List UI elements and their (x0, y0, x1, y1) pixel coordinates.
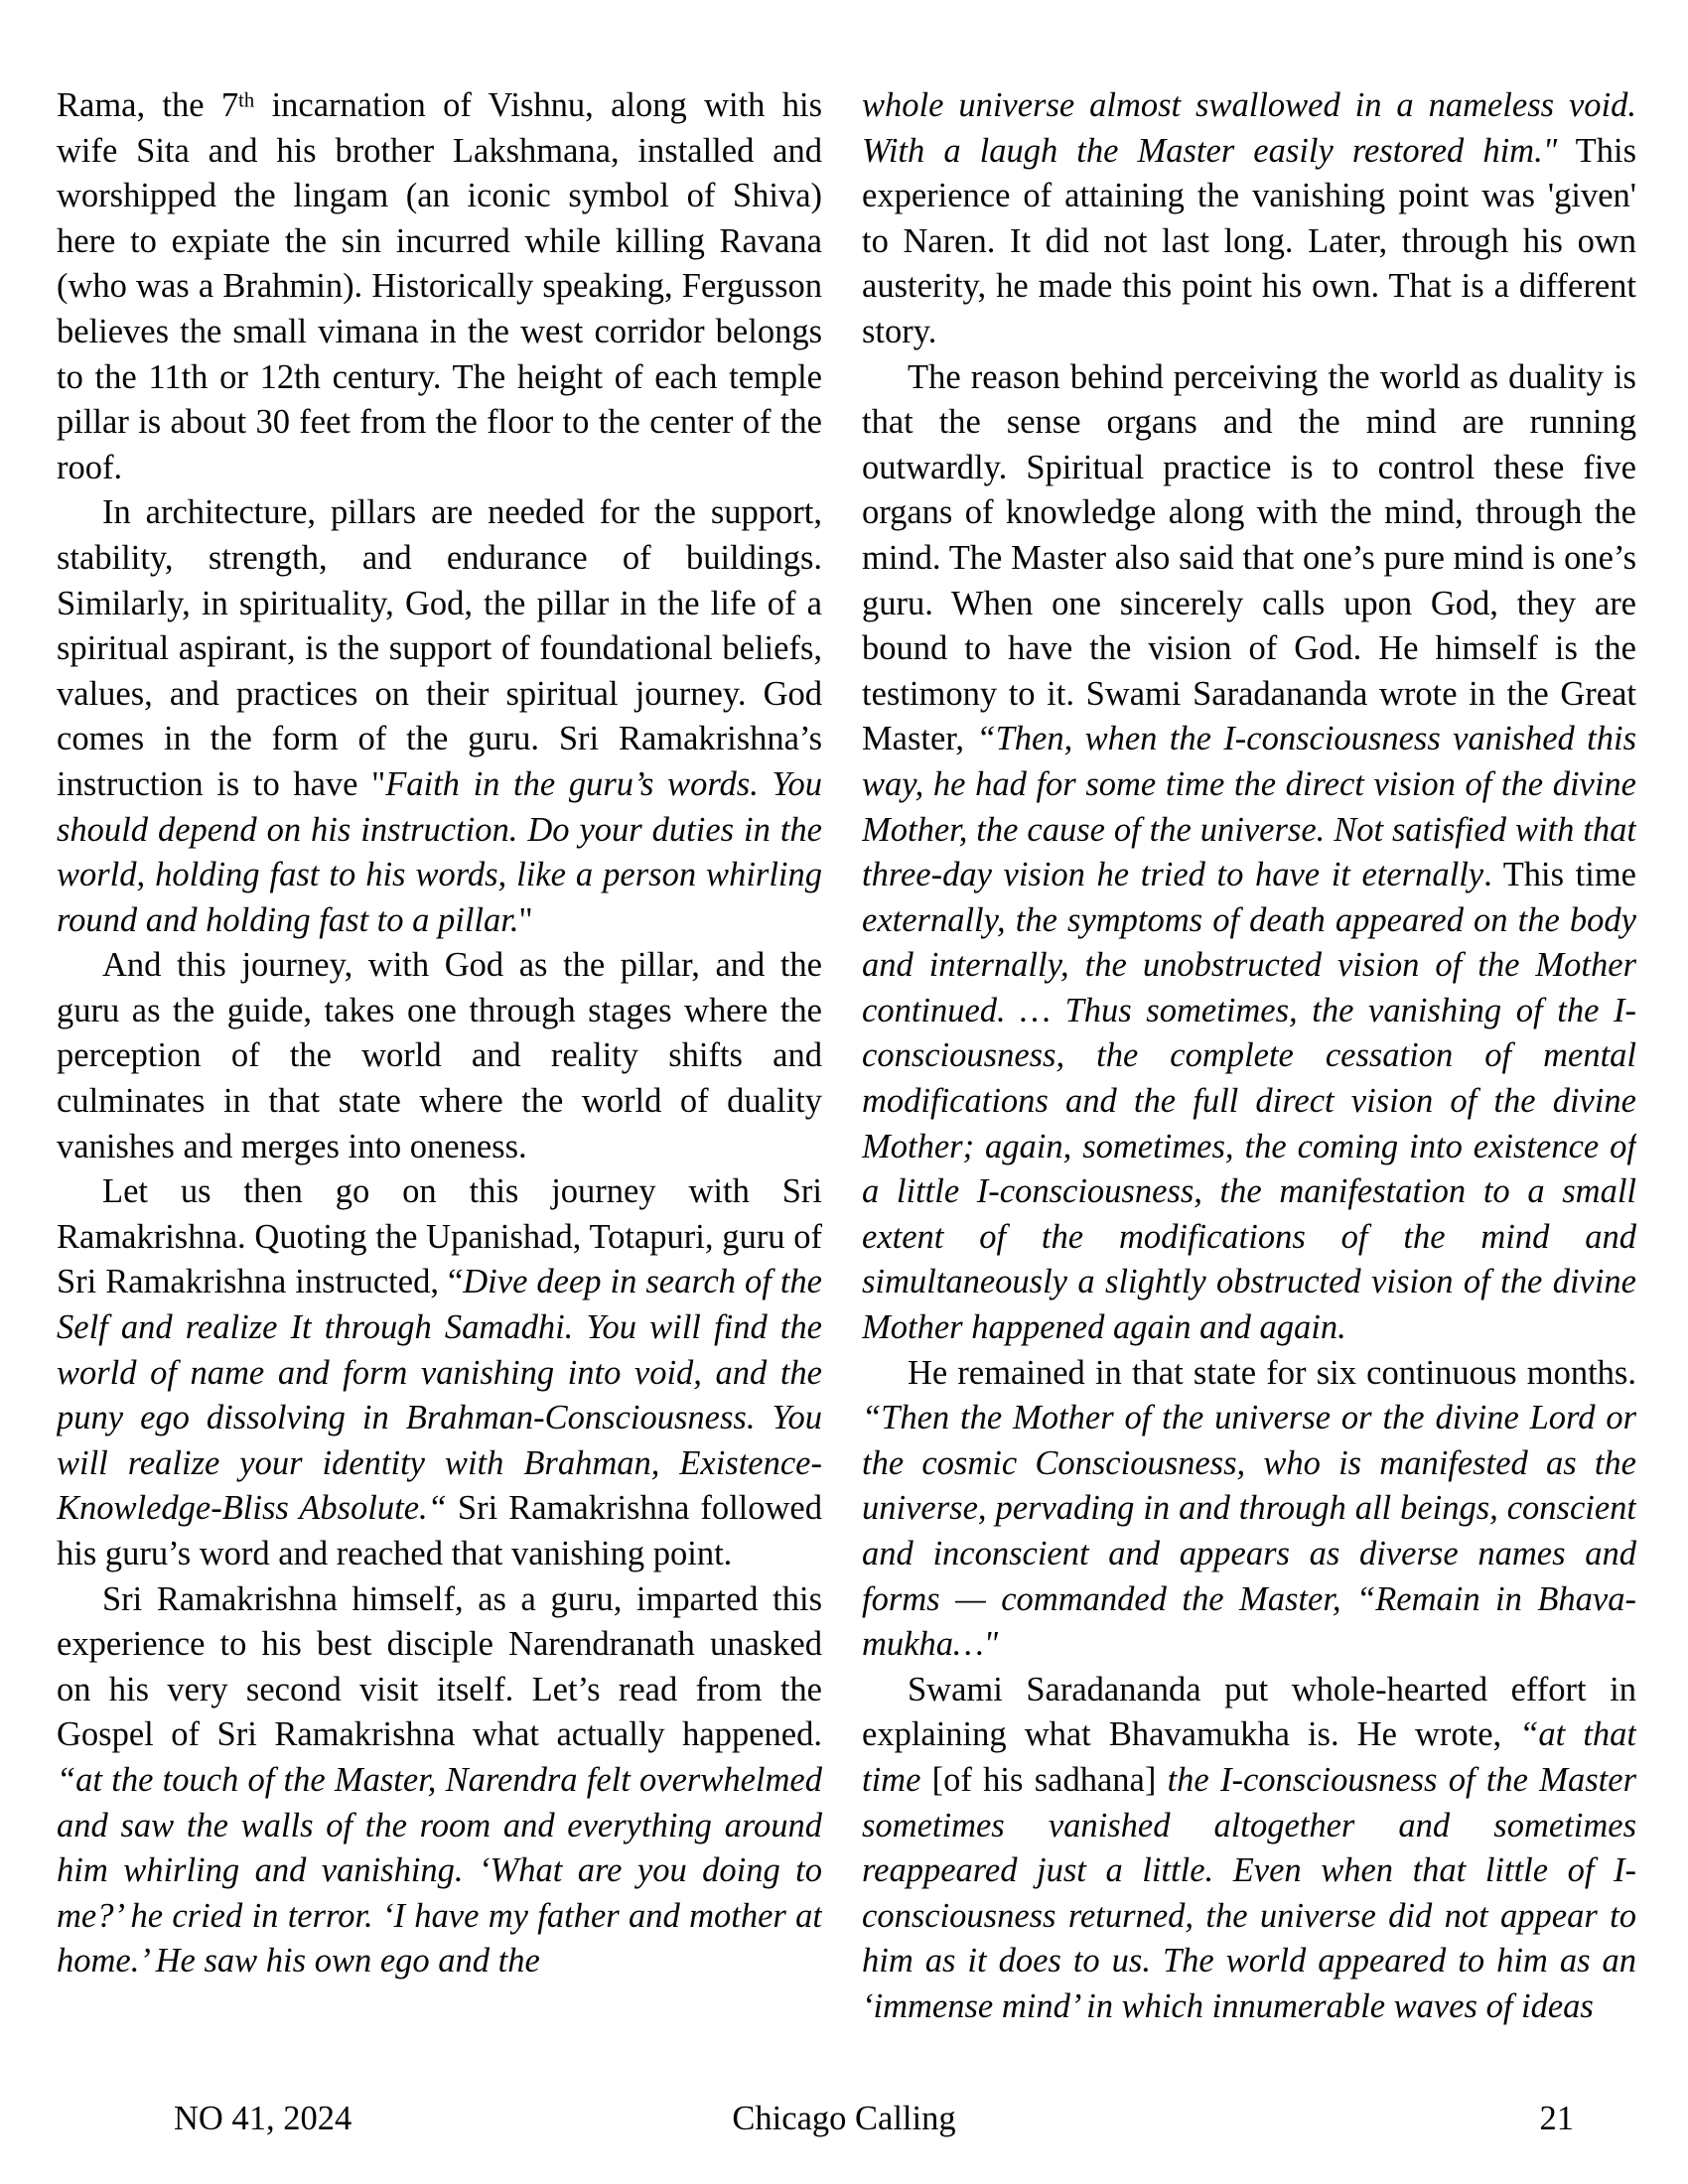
footer-issue-label: NO 41, 2024 (174, 2097, 352, 2142)
text-run: " (518, 901, 532, 939)
text-run: . This time (1483, 856, 1636, 893)
paragraph: Swami Saradananda put whole-hearted effo… (862, 1668, 1636, 2030)
text-run: Dive deep in search of the Self and real… (57, 1263, 822, 1527)
paragraph: And this journey, with God as the pillar… (57, 943, 822, 1169)
text-run: th (238, 90, 254, 112)
text-columns: Rama, the 7th incarnation of Vishnu, alo… (57, 83, 1636, 2085)
text-run: He remained in that state for six contin… (908, 1354, 1636, 1392)
text-run: The reason behind perceiving the world a… (862, 358, 1636, 758)
text-run: “Then the Mother of the universe or the … (862, 1399, 1636, 1663)
text-run: And this journey, with God as the pillar… (57, 946, 822, 1164)
text-run: whole universe almost swallowed in a nam… (862, 86, 1636, 170)
magazine-page: Rama, the 7th incarnation of Vishnu, alo… (0, 0, 1688, 2184)
paragraph: Sri Ramakrishna himself, as a guru, impa… (57, 1577, 822, 1984)
paragraph: He remained in that state for six contin… (862, 1351, 1636, 1668)
text-run: the I-consciousness of the Master someti… (862, 1761, 1636, 2025)
text-run: In architecture, pillars are needed for … (57, 493, 822, 803)
footer-page-number: 21 (1540, 2097, 1575, 2142)
text-run: incarnation of Vishnu, along with his wi… (57, 86, 822, 486)
text-run: “at the touch of the Master, Narendra fe… (57, 1761, 822, 1979)
text-run: [of his sadhana] (932, 1761, 1168, 1799)
text-run: externally, the symptoms of death appear… (862, 901, 1636, 1346)
paragraph: Rama, the 7th incarnation of Vishnu, alo… (57, 83, 822, 490)
paragraph: whole universe almost swallowed in a nam… (862, 83, 1636, 355)
page-footer: NO 41, 2024 Chicago Calling 21 (0, 2097, 1688, 2146)
text-run: Sri Ramakrishna himself, as a guru, impa… (57, 1580, 822, 1754)
left-column: Rama, the 7th incarnation of Vishnu, alo… (57, 83, 822, 2085)
right-column: whole universe almost swallowed in a nam… (862, 83, 1636, 2085)
paragraph: Let us then go on this journey with Sri … (57, 1169, 822, 1576)
paragraph: In architecture, pillars are needed for … (57, 490, 822, 943)
text-run: Rama, the 7 (57, 86, 238, 124)
footer-publication-title: Chicago Calling (732, 2097, 955, 2142)
paragraph: The reason behind perceiving the world a… (862, 355, 1636, 1351)
